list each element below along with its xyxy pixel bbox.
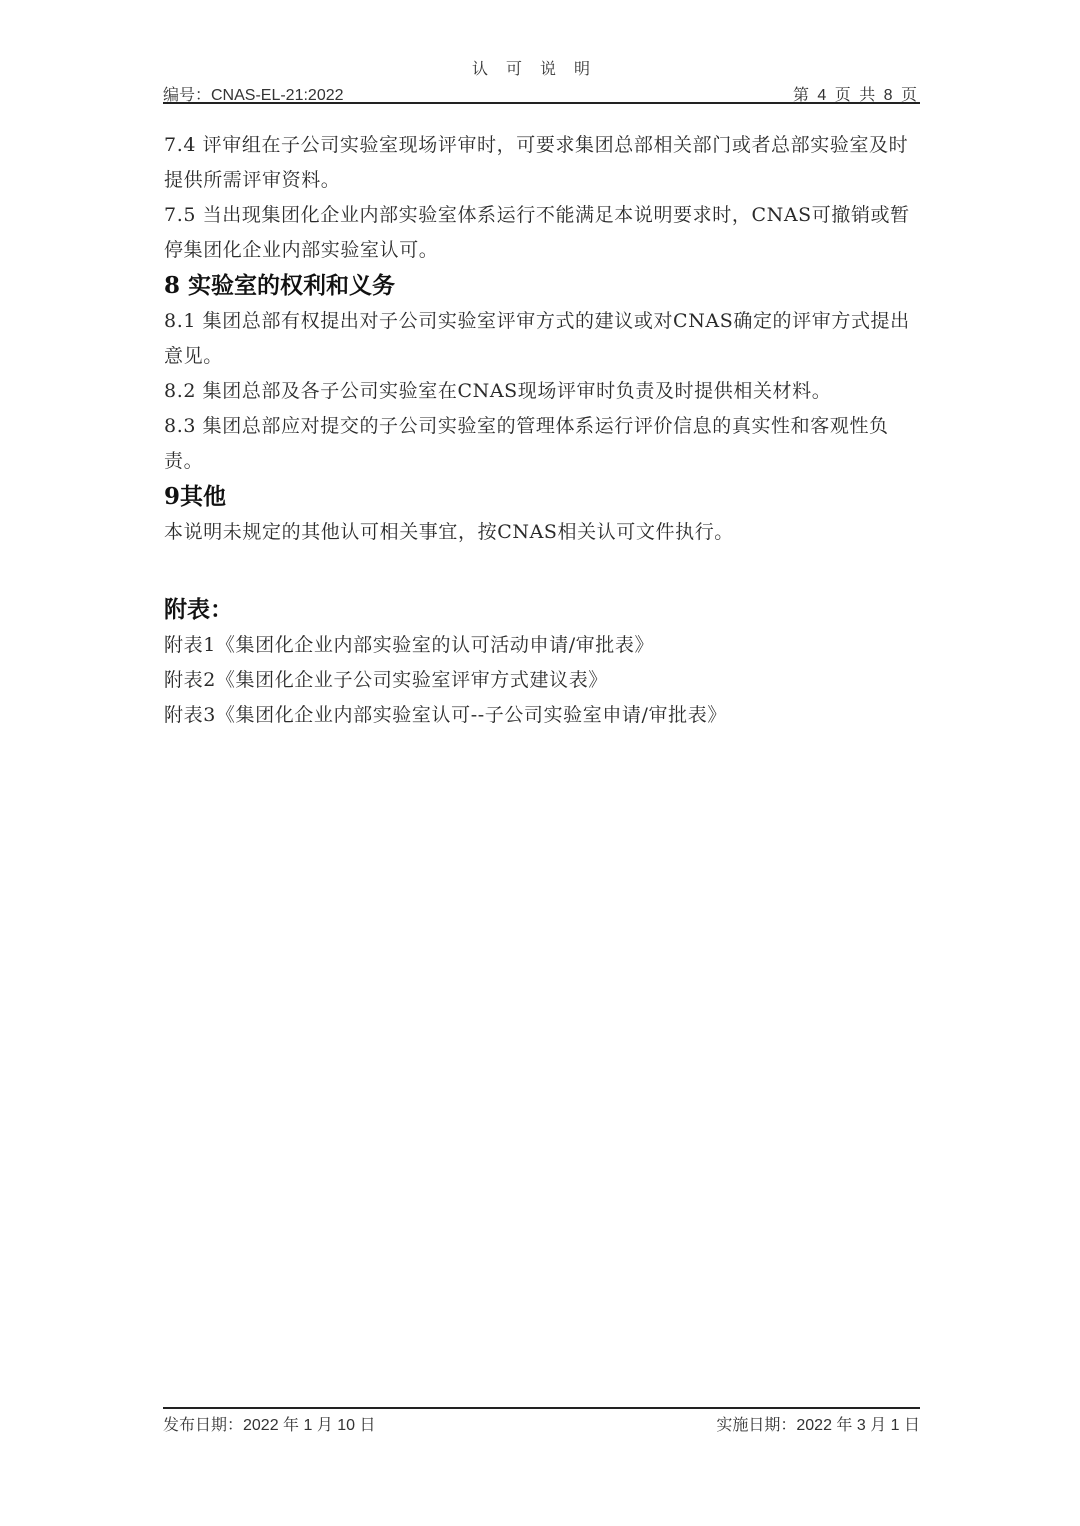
header-row: 编号：CNAS-EL-21:2022 第 4 页 共 8 页 [163, 82, 919, 102]
appendix-item-3: 附表3《集团化企业内部实验室认可--子公司实验室申请/审批表》 [164, 698, 920, 733]
clause-8-3: 8.3 集团总部应对提交的子公司实验室的管理体系运行评价信息的真实性和客观性负责… [164, 409, 920, 479]
document-body: 7.4 评审组在子公司实验室现场评审时，可要求集团总部相关部门或者总部实验室及时… [164, 128, 920, 733]
footer-row: 发布日期：2022 年 1 月 10 日 实施日期：2022 年 3 月 1 日 [163, 1412, 920, 1434]
header-divider [163, 102, 920, 104]
issue-date: 发布日期：2022 年 1 月 10 日 [163, 1412, 376, 1435]
effective-date: 实施日期：2022 年 3 月 1 日 [716, 1412, 920, 1435]
clause-8-2: 8.2 集团总部及各子公司实验室在CNAS现场评审时负责及时提供相关材料。 [164, 374, 920, 409]
appendix-item-2: 附表2《集团化企业子公司实验室评审方式建议表》 [164, 663, 920, 698]
section-8-heading: 8 实验室的权利和义务 [164, 268, 920, 304]
clause-7-4: 7.4 评审组在子公司实验室现场评审时，可要求集团总部相关部门或者总部实验室及时… [164, 128, 920, 198]
appendix-heading: 附表： [164, 592, 920, 628]
appendix-item-1: 附表1《集团化企业内部实验室的认可活动申请/审批表》 [164, 628, 920, 663]
clause-7-5: 7.5 当出现集团化企业内部实验室体系运行不能满足本说明要求时，CNAS可撤销或… [164, 198, 920, 268]
document-type-title: 认可说明 [0, 56, 1080, 79]
spacer [164, 550, 920, 592]
section-9-heading: 9其他 [164, 479, 920, 515]
clause-9: 本说明未规定的其他认可相关事宜，按CNAS相关认可文件执行。 [164, 515, 920, 550]
footer-divider [163, 1407, 920, 1409]
clause-8-1: 8.1 集团总部有权提出对子公司实验室评审方式的建议或对CNAS确定的评审方式提… [164, 304, 920, 374]
